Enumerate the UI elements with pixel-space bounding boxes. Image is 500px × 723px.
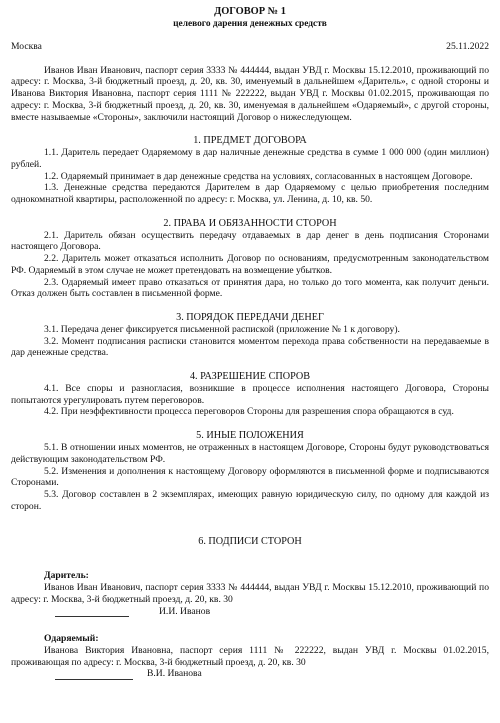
clause: 5.2. Изменения и дополнения к настоящему… xyxy=(11,466,489,489)
donor-signature-block: Даритель: Иванов Иван Иванович, паспорт … xyxy=(11,570,489,617)
contract-page: ДОГОВОР № 1 целевого дарения денежных ср… xyxy=(0,6,500,680)
clause: 1.3. Денежные средства передаются Дарите… xyxy=(11,182,489,205)
donor-details: Иванов Иван Иванович, паспорт серия 3333… xyxy=(11,582,489,605)
section-5: 5. ИНЫЕ ПОЛОЖЕНИЯ 5.1. В отношении иных … xyxy=(11,430,489,512)
document-title: ДОГОВОР № 1 xyxy=(11,6,489,18)
donee-signature-row: В.И. Иванова xyxy=(11,668,489,680)
clause: 5.3. Договор составлен в 2 экземплярах, … xyxy=(11,489,489,512)
section-2: 2. ПРАВА И ОБЯЗАННОСТИ СТОРОН 2.1. Дарит… xyxy=(11,218,489,300)
section-4: 4. РАЗРЕШЕНИЕ СПОРОВ 4.1. Все споры и ра… xyxy=(11,371,489,418)
donor-signature-line xyxy=(55,607,129,617)
donee-name: В.И. Иванова xyxy=(147,668,202,680)
clause: 1.1. Даритель передает Одаряемому в дар … xyxy=(11,147,489,170)
donor-label: Даритель: xyxy=(11,570,489,582)
document-subtitle: целевого дарения денежных средств xyxy=(11,18,489,30)
section-title: 5. ИНЫЕ ПОЛОЖЕНИЯ xyxy=(11,430,489,442)
donee-signature-block: Одаряемый: Иванова Виктория Ивановна, па… xyxy=(11,633,489,680)
place: Москва xyxy=(11,41,42,53)
section-3: 3. ПОРЯДОК ПЕРЕДАЧИ ДЕНЕГ 3.1. Передача … xyxy=(11,312,489,359)
clause: 4.1. Все споры и разногласия, возникшие … xyxy=(11,383,489,406)
section-6: 6. ПОДПИСИ СТОРОН Даритель: Иванов Иван … xyxy=(11,536,489,680)
section-1: 1. ПРЕДМЕТ ДОГОВОРА 1.1. Даритель переда… xyxy=(11,135,489,206)
donee-details: Иванова Виктория Ивановна, паспорт серия… xyxy=(11,645,489,668)
clause: 3.2. Момент подписания расписки становит… xyxy=(11,336,489,359)
place-date-row: Москва 25.11.2022 xyxy=(11,41,489,53)
section-title: 3. ПОРЯДОК ПЕРЕДАЧИ ДЕНЕГ xyxy=(11,312,489,324)
preamble: Иванов Иван Иванович, паспорт серия 3333… xyxy=(11,65,489,124)
donor-name: И.И. Иванов xyxy=(159,606,210,618)
clause: 1.2. Одаряемый принимает в дар денежные … xyxy=(11,171,489,183)
clause: 3.1. Передача денег фиксируется письменн… xyxy=(11,324,489,336)
donee-signature-line xyxy=(55,670,133,680)
clause: 2.1. Даритель обязан осуществить передач… xyxy=(11,230,489,253)
clause: 2.2. Даритель может отказаться исполнить… xyxy=(11,253,489,276)
clause: 2.3. Одаряемый имеет право отказаться от… xyxy=(11,277,489,300)
clause: 5.1. В отношении иных моментов, не отраж… xyxy=(11,442,489,465)
date: 25.11.2022 xyxy=(446,41,489,53)
section-title: 2. ПРАВА И ОБЯЗАННОСТИ СТОРОН xyxy=(11,218,489,230)
clause: 4.2. При неэффективности процесса перего… xyxy=(11,406,489,418)
donee-label: Одаряемый: xyxy=(11,633,489,645)
section-title: 6. ПОДПИСИ СТОРОН xyxy=(11,536,489,548)
donor-signature-row: И.И. Иванов xyxy=(11,606,489,618)
section-title: 4. РАЗРЕШЕНИЕ СПОРОВ xyxy=(11,371,489,383)
section-title: 1. ПРЕДМЕТ ДОГОВОРА xyxy=(11,135,489,147)
